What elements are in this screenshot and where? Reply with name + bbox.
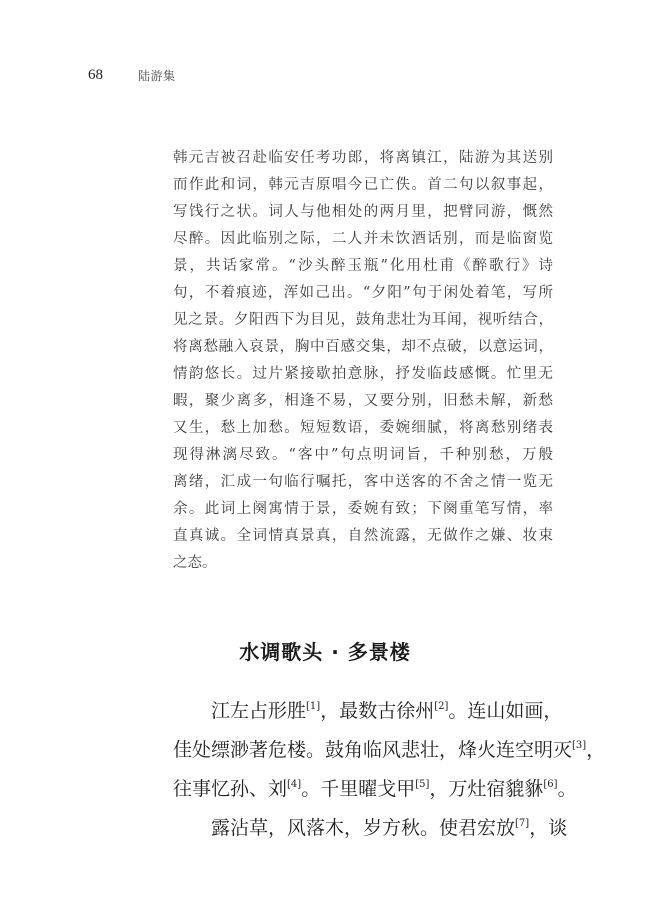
running-head: 68 陆游集	[88, 65, 176, 85]
poem-body: 江左占形胜[1]，最数古徐州[2]。连山如画， 佳处缥渺著危楼。鼓角临风悲壮，烽…	[173, 692, 553, 848]
commentary-line: 现得淋漓尽致。“客中”句点明词旨，千种别愁，万般	[173, 442, 553, 469]
commentary-line: 直真诚。全词情真景真，自然流露，无做作之嫌、妆束	[173, 523, 553, 550]
poem-line: 露沾草，风落木，岁方秋。使君宏放[7]，谈	[173, 809, 553, 848]
poem-text: 露沾草，风落木，岁方秋。使君宏放	[211, 817, 515, 839]
commentary-line: 暇，聚少离多，相逢不易，又要分别，旧愁未解，新愁	[173, 388, 553, 415]
page-number: 68	[88, 67, 138, 84]
footnote-marker[interactable]: [2]	[434, 701, 448, 712]
footnote-marker[interactable]: [4]	[287, 779, 301, 790]
footnote-marker[interactable]: [1]	[306, 701, 320, 712]
poem-text: ，	[586, 739, 605, 761]
poem-title: 水调歌头 · 多景楼	[0, 636, 650, 665]
commentary-line: 写饯行之状。词人与他相处的两月里，把臂同游，慨然	[173, 199, 553, 226]
poem-text: 。千里曜戈甲	[301, 778, 415, 800]
commentary-line: 尽醉。因此临别之际，二人并未饮酒话别，而是临窗览	[173, 226, 553, 253]
poem-text: ，最数古徐州	[320, 700, 434, 722]
commentary-line: 将离愁融入哀景，胸中百感交集，却不点破，以意运词，	[173, 334, 553, 361]
poem-text: 。连山如画，	[448, 700, 562, 722]
footnote-marker[interactable]: [5]	[415, 779, 429, 790]
poem-line: 江左占形胜[1]，最数古徐州[2]。连山如画，	[173, 692, 553, 731]
footnote-marker[interactable]: [7]	[515, 818, 529, 829]
commentary-line: 之态。	[173, 550, 553, 577]
commentary-line: 离绪，汇成一句临行嘱托，客中送客的不舍之情一览无	[173, 469, 553, 496]
poem-text: 江左占形胜	[211, 700, 306, 722]
poem-text: ，万灶宿貔貅	[429, 778, 543, 800]
commentary-line: 韩元吉被召赴临安任考功郎，将离镇江，陆游为其送别	[173, 145, 553, 172]
commentary-line: 情韵悠长。过片紧接歇拍意脉，抒发临歧感慨。忙里无	[173, 361, 553, 388]
commentary-line: 句，不着痕迹，浑如己出。“夕阳”句于闲处着笔，写所	[173, 280, 553, 307]
commentary-line: 景，共话家常。“沙头醉玉瓶”化用杜甫《醉歌行》诗	[173, 253, 553, 280]
commentary-line: 余。此词上阕寓情于景，委婉有致；下阕重笔写情，率	[173, 496, 553, 523]
footnote-marker[interactable]: [3]	[572, 740, 586, 751]
commentary-line: 又生，愁上加愁。短短数语，委婉细腻，将离愁别绪表	[173, 415, 553, 442]
commentary-paragraph: 韩元吉被召赴临安任考功郎，将离镇江，陆游为其送别 而作此和词，韩元吉原唱今已亡佚…	[173, 145, 553, 577]
poem-line: 佳处缥渺著危楼。鼓角临风悲壮，烽火连空明灭[3]，	[173, 731, 553, 770]
book-title: 陆游集	[138, 67, 176, 84]
poem-text: 。	[558, 778, 577, 800]
poem-line: 往事忆孙、刘[4]。千里曜戈甲[5]，万灶宿貔貅[6]。	[173, 770, 553, 809]
poem-text: 佳处缥渺著危楼。鼓角临风悲壮，烽火连空明灭	[173, 739, 572, 761]
commentary-line: 见之景。夕阳西下为目见，鼓角悲壮为耳闻，视听结合，	[173, 307, 553, 334]
poem-text: 往事忆孙、刘	[173, 778, 287, 800]
footnote-marker[interactable]: [6]	[543, 779, 557, 790]
commentary-line: 而作此和词，韩元吉原唱今已亡佚。首二句以叙事起，	[173, 172, 553, 199]
poem-text: ，谈	[529, 817, 567, 839]
